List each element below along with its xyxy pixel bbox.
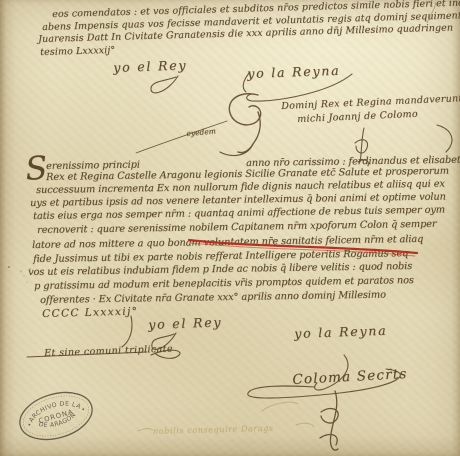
cancellation-note: Et sine comuni triplicate: [44, 344, 173, 359]
stamp-text-middle: CORONA: [38, 408, 75, 426]
margin-curl: [437, 125, 452, 152]
chancery-note-line: michi Joannj de Colomo: [297, 109, 418, 125]
year-line: CCCC Lxxxxij°: [42, 305, 138, 320]
side-word: eyedem: [186, 126, 216, 138]
show-through-text: nobilis consequire Darags: [153, 424, 274, 436]
stamp-dot-right: [82, 408, 84, 410]
archive-stamp: ARCHIVO DE LA CORONA DE ARAGÓN: [14, 385, 97, 448]
chancery-paraph-base: [220, 144, 253, 156]
show-through-curl: [262, 402, 298, 411]
chancery-paraph: [229, 94, 260, 125]
year-descender: [122, 316, 132, 347]
queen-signature-upper: yo la Reyna: [247, 63, 341, 81]
stamp-dot-left: [28, 424, 30, 426]
body-line: offerentes · Ex Civitate nr̄a Granate xx…: [40, 290, 386, 306]
stamp-text-top: ARCHIVO DE LA: [25, 395, 84, 426]
king-signature-lower: yo el Rey: [148, 314, 222, 332]
ink-speckle: [20, 270, 21, 271]
king-signature-upper: yo el Rey: [113, 57, 187, 75]
decorated-initial: S: [24, 148, 49, 187]
manuscript-page: eos comendatos : et vos officiales et su…: [0, 0, 460, 456]
svg-text:DE ARAGÓN: DE ARAGÓN: [36, 410, 79, 433]
queen-signature-lower: yo la Reyna: [294, 323, 388, 341]
chancery-note-line: Dominj Rex et Regina mandaverunt: [281, 93, 460, 112]
ink-speckle: [24, 276, 25, 277]
top-text-line: tesimo Lxxxxij°: [40, 45, 115, 58]
svg-text:ARCHIVO DE LA: ARCHIVO DE LA: [25, 395, 84, 426]
stamp-inner-ring: [19, 389, 94, 443]
ink-speckle: [27, 282, 28, 283]
secretary-rubric: [320, 391, 338, 450]
chancery-paraph-stem: [238, 112, 260, 153]
show-through-dash: [138, 429, 153, 431]
body-line-columbus: recnoverit : quare serenissime nobilem C…: [37, 219, 437, 236]
king-upper-flourish: [151, 76, 178, 93]
secretary-signature: Coloma Secr̄ts: [292, 366, 408, 388]
stamp-text-bottom: DE ARAGÓN: [36, 410, 79, 433]
stamp-outer-ring: [14, 385, 97, 448]
show-through-dash: [296, 423, 314, 427]
ink-speckle: [8, 266, 10, 268]
